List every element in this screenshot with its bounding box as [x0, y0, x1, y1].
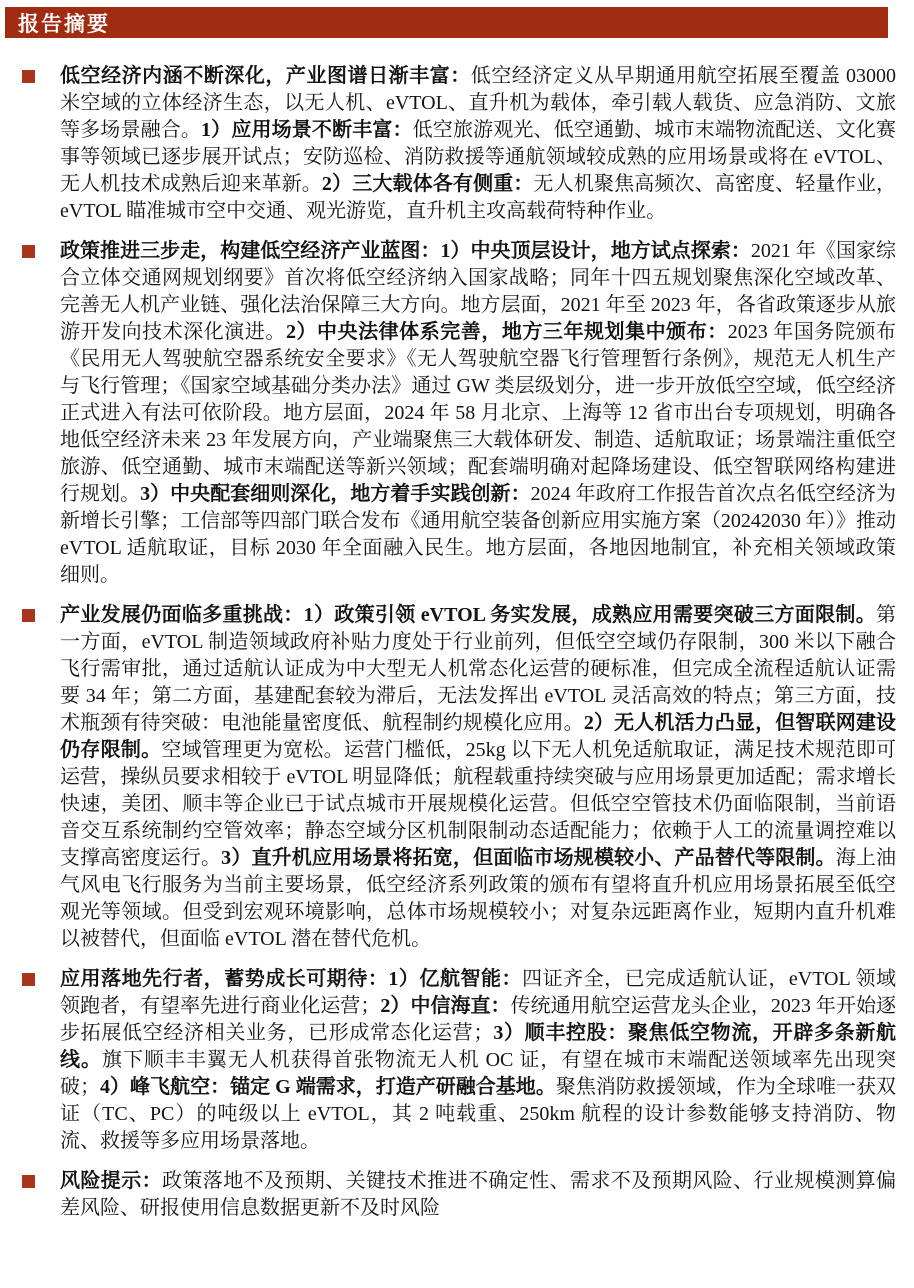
paragraph-challenges: 产业发展仍面临多重挑战：1）政策引领 eVTOL 务实发展，成熟应用需要突破三方…	[60, 602, 896, 953]
summary-content: 低空经济内涵不断深化，产业图谱日渐丰富：低空经济定义从早期通用航空拓展至覆盖 0…	[0, 38, 914, 1222]
bullet-item-overview: 低空经济内涵不断深化，产业图谱日渐丰富：低空经济定义从早期通用航空拓展至覆盖 0…	[22, 63, 896, 225]
bold-text-segment: 风险提示：	[60, 1170, 162, 1192]
paragraph-companies: 应用落地先行者，蓄势成长可期待：1）亿航智能：四证齐全，已完成适航认证，eVTO…	[60, 966, 896, 1155]
page-title: 报告摘要	[18, 8, 110, 38]
bullet-item-risk: 风险提示：政策落地不及预期、关键技术推进不确定性、需求不及预期风险、行业规模测算…	[22, 1168, 896, 1222]
bold-text-segment: 应用落地先行者，蓄势成长可期待：1）亿航智能：	[60, 968, 522, 990]
bullet-item-challenges: 产业发展仍面临多重挑战：1）政策引领 eVTOL 务实发展，成熟应用需要突破三方…	[22, 602, 896, 953]
report-summary-header-bar: 报告摘要	[5, 7, 888, 38]
bullet-item-policy: 政策推进三步走，构建低空经济产业蓝图：1）中央顶层设计，地方试点探索：2021 …	[22, 238, 896, 589]
bullet-square-icon	[22, 973, 35, 986]
text-segment: 政策落地不及预期、关键技术推进不确定性、需求不及预期风险、行业规模测算偏差风险、…	[60, 1170, 896, 1219]
bold-text-segment: 政策推进三步走，构建低空经济产业蓝图：1）中央顶层设计，地方试点探索：	[60, 240, 751, 262]
paragraph-risk: 风险提示：政策落地不及预期、关键技术推进不确定性、需求不及预期风险、行业规模测算…	[60, 1168, 896, 1222]
bold-text-segment: 3）中央配套细则深化，地方着手实践创新：	[140, 483, 531, 505]
text-segment: 2023 年国务院颁布《民用无人驾驶航空器系统安全要求》《无人驾驶航空器飞行管理…	[60, 321, 896, 505]
bold-text-segment: 4）峰飞航空：锚定 G 端需求，打造产研融合基地。	[100, 1076, 556, 1098]
paragraph-overview: 低空经济内涵不断深化，产业图谱日渐丰富：低空经济定义从早期通用航空拓展至覆盖 0…	[60, 63, 896, 225]
bold-text-segment: 2）中央法律体系完善，地方三年规划集中颁布：	[286, 321, 728, 343]
bullet-square-icon	[22, 245, 35, 258]
bullet-square-icon	[22, 1175, 35, 1188]
bold-text-segment: 2）中信海直：	[380, 995, 510, 1017]
bullet-item-companies: 应用落地先行者，蓄势成长可期待：1）亿航智能：四证齐全，已完成适航认证，eVTO…	[22, 966, 896, 1155]
paragraph-policy: 政策推进三步走，构建低空经济产业蓝图：1）中央顶层设计，地方试点探索：2021 …	[60, 238, 896, 589]
bullet-square-icon	[22, 609, 35, 622]
bold-text-segment: 1）应用场景不断丰富：	[201, 119, 413, 141]
bold-text-segment: 3）直升机应用场景将拓宽，但面临市场规模较小、产品替代等限制。	[221, 847, 836, 869]
bold-text-segment: 低空经济内涵不断深化，产业图谱日渐丰富：	[60, 65, 471, 87]
bold-text-segment: 2）三大载体各有侧重：	[322, 173, 534, 195]
bullet-square-icon	[22, 70, 35, 83]
bold-text-segment: 产业发展仍面临多重挑战：1）政策引领 eVTOL 务实发展，成熟应用需要突破三方…	[60, 604, 876, 626]
